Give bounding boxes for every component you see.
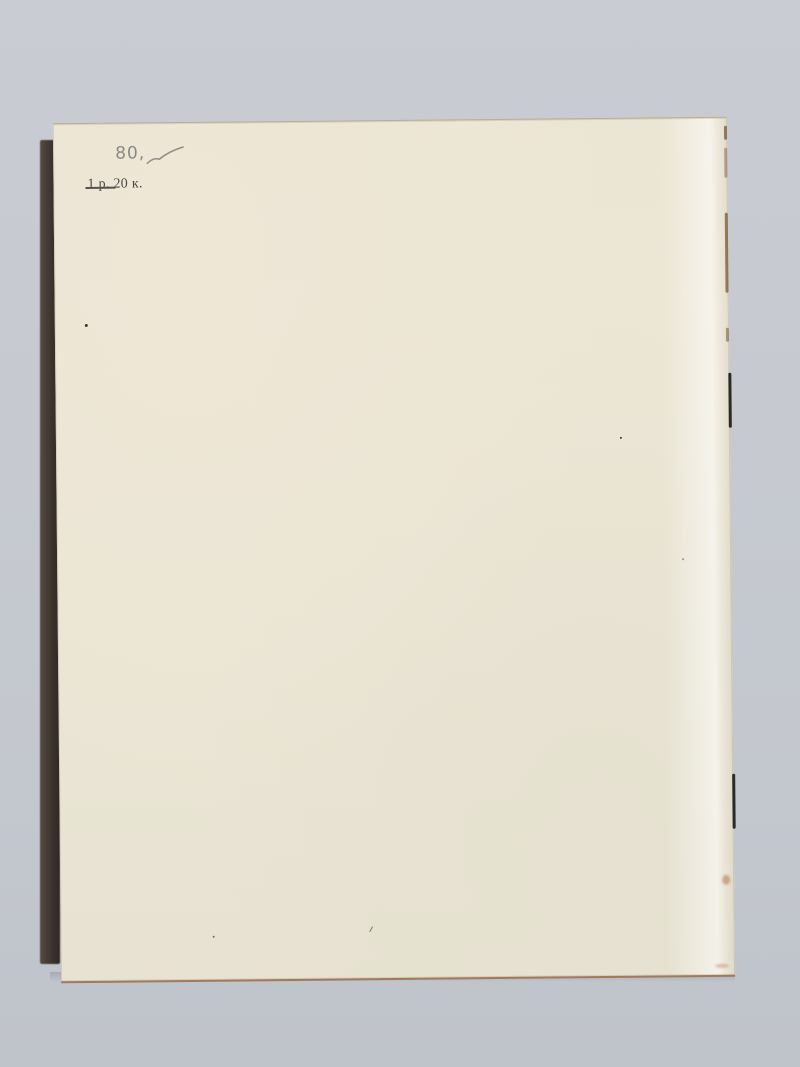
rust-spot bbox=[722, 875, 730, 885]
speck bbox=[369, 926, 373, 932]
spine-wear bbox=[724, 126, 727, 140]
price-label: 1 р. 20 к. bbox=[87, 176, 142, 193]
speck bbox=[620, 437, 622, 439]
photo-scene: 80, 1 р. 20 к. bbox=[0, 0, 800, 1067]
pencil-note: 80, bbox=[115, 143, 145, 163]
spine-wear bbox=[726, 328, 729, 342]
staple-top bbox=[728, 373, 732, 428]
staple-bottom bbox=[732, 774, 736, 829]
pencil-check-mark-icon bbox=[145, 145, 185, 167]
spine-wear bbox=[724, 148, 727, 178]
book-back-cover: 80, 1 р. 20 к. bbox=[53, 117, 735, 983]
spine-wear bbox=[725, 213, 729, 293]
speck bbox=[85, 324, 88, 327]
price-strikethrough bbox=[86, 187, 116, 189]
speck bbox=[682, 558, 684, 560]
speck bbox=[213, 936, 215, 938]
rust-spot bbox=[715, 964, 729, 968]
